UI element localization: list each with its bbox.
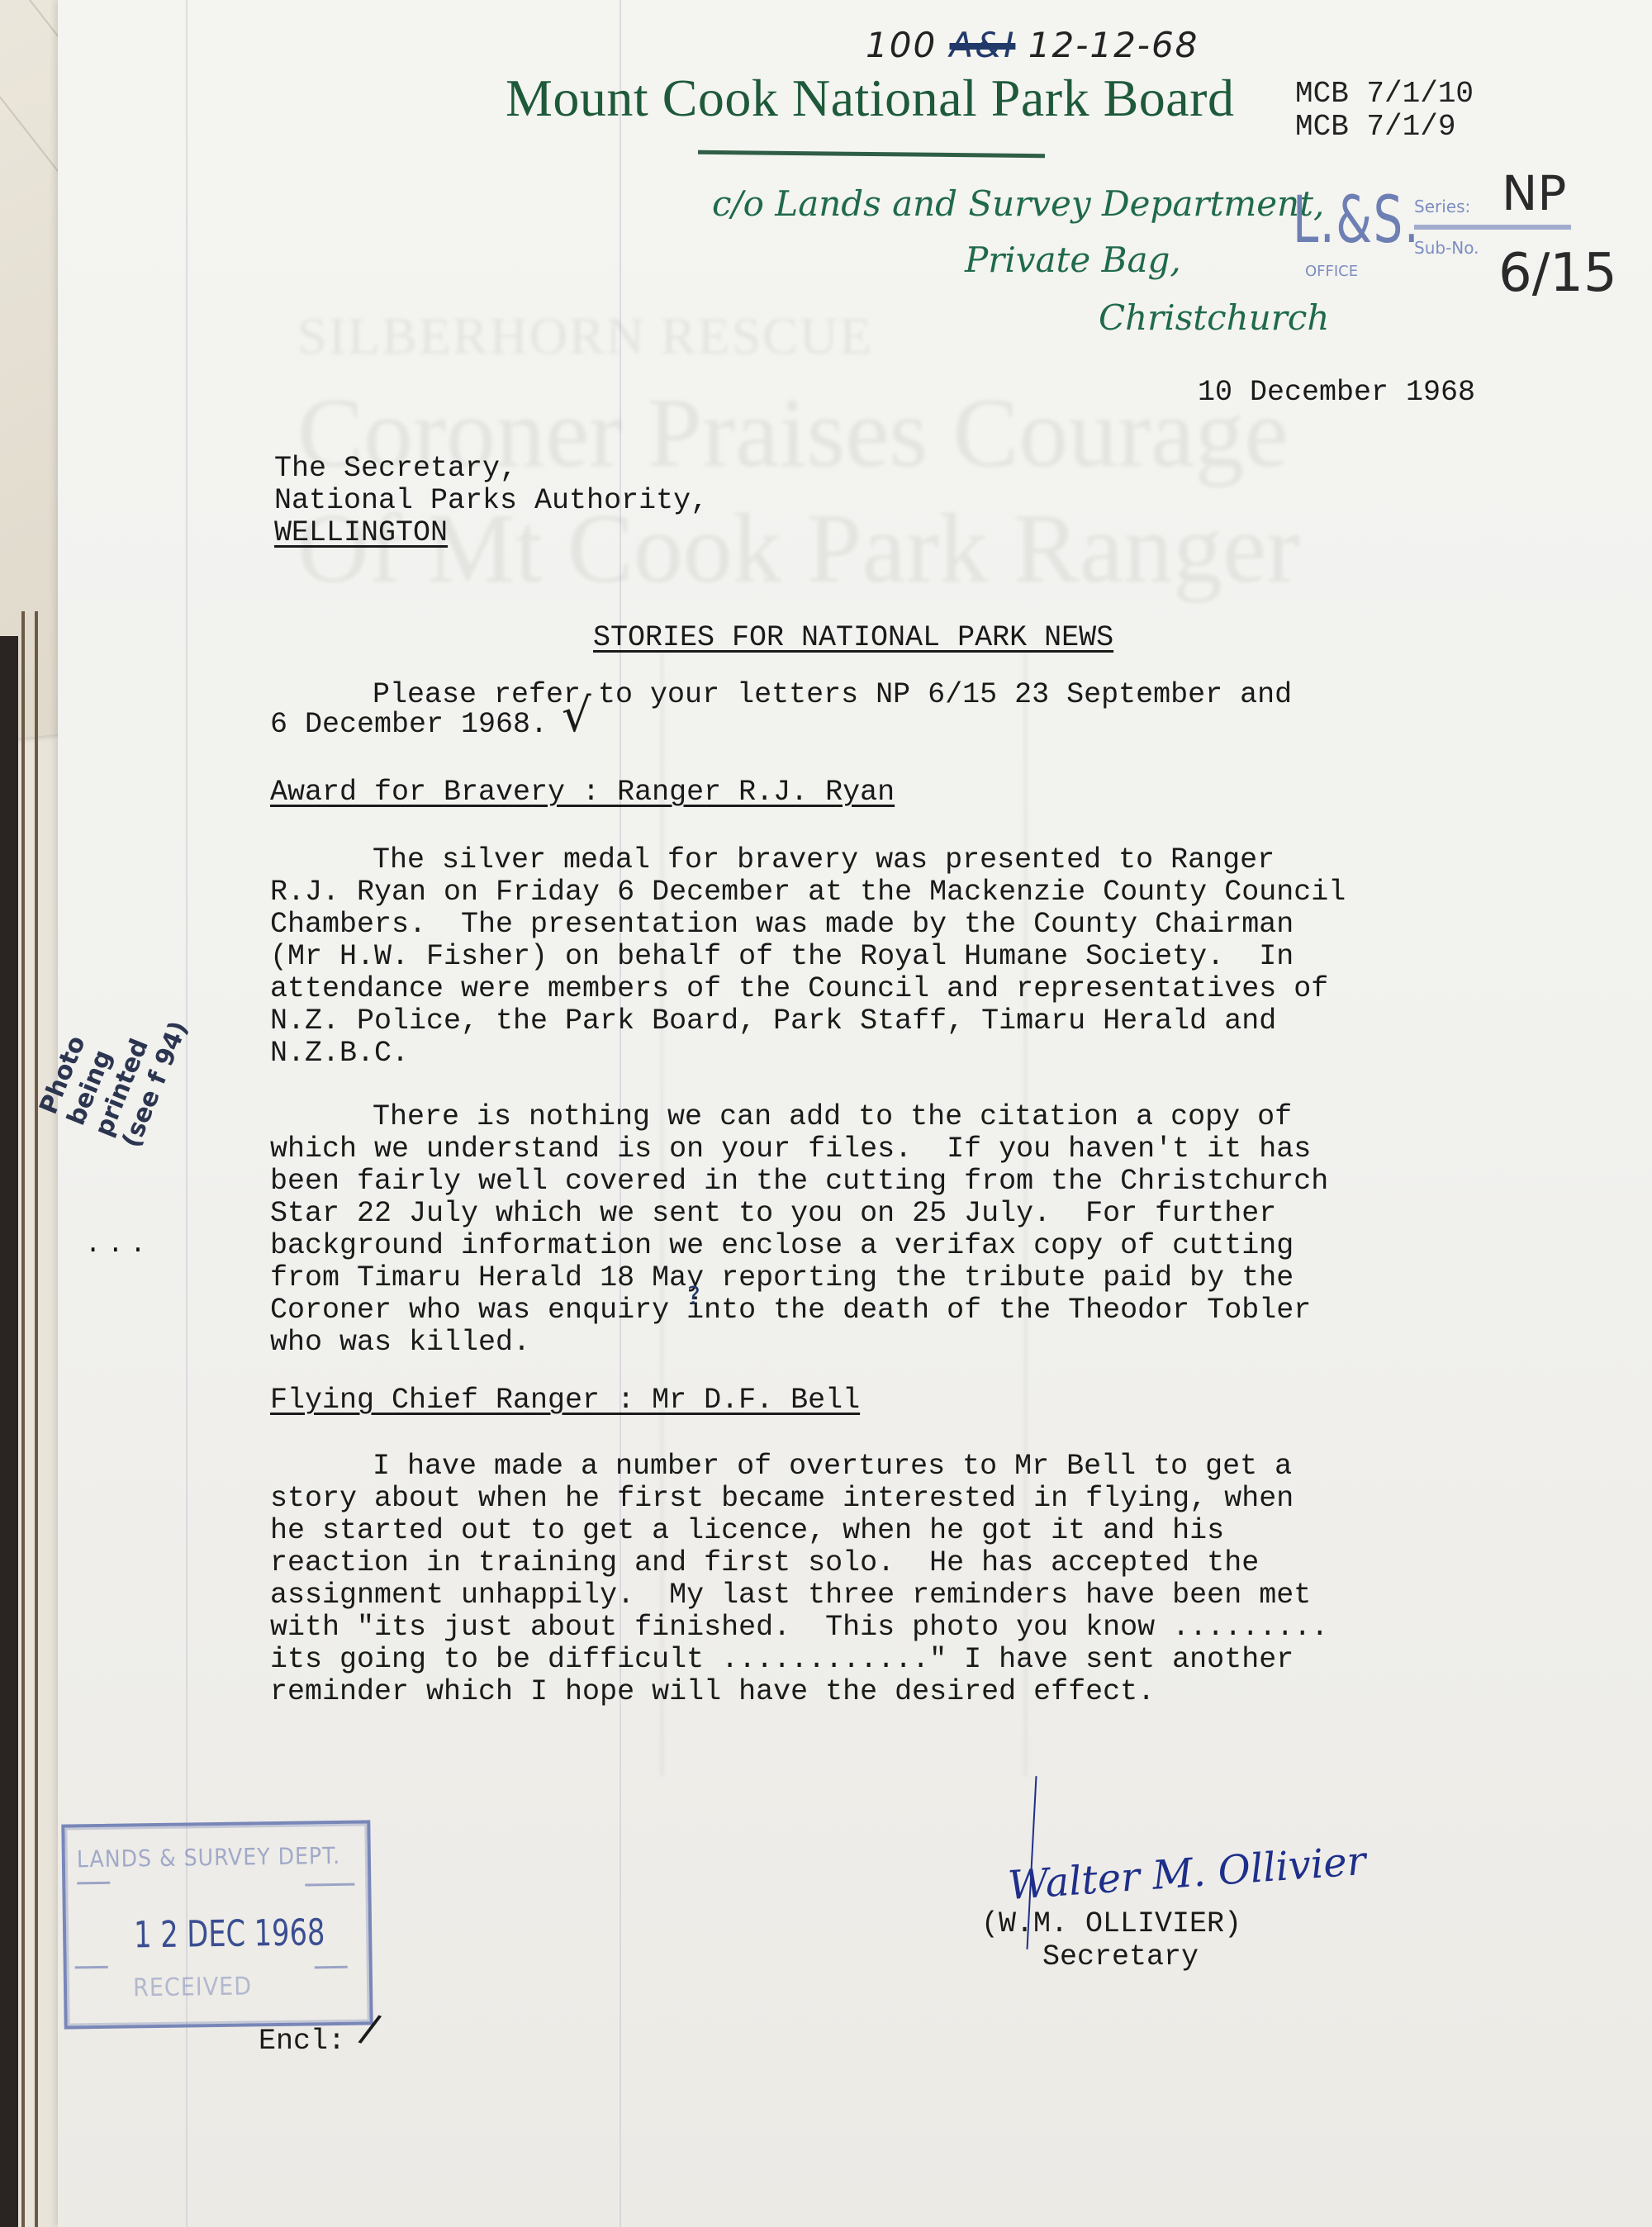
note-struck: A&I bbox=[950, 25, 1016, 65]
note-prefix: 100 bbox=[866, 25, 937, 65]
text-line: he started out to get a licence, when he… bbox=[270, 1515, 1509, 1547]
ls-stamp-rule bbox=[1414, 225, 1571, 230]
text-line: Star 22 July which we sent to you on 25 … bbox=[270, 1198, 1509, 1230]
text-line: from Timaru Herald 18 May reporting the … bbox=[270, 1262, 1509, 1294]
intro-line-1: Please refer to your letters NP 6/15 23 … bbox=[270, 679, 1509, 711]
text-line: which we understand is on your files. If… bbox=[270, 1133, 1509, 1166]
text-line: Chambers. The presentation was made by t… bbox=[270, 909, 1509, 941]
address-line-3: Christchurch bbox=[1099, 297, 1329, 338]
address-line-2: Private Bag, bbox=[965, 240, 1181, 280]
file-references: MCB 7/1/10 MCB 7/1/9 bbox=[1295, 78, 1474, 144]
margin-dots: ... bbox=[85, 1229, 153, 1260]
file-ref: MCB 7/1/9 bbox=[1295, 111, 1474, 144]
note-date: 12-12-68 bbox=[1028, 25, 1199, 65]
stamp-dash bbox=[77, 1882, 110, 1885]
stamp-dash bbox=[315, 1966, 348, 1969]
file-ref: MCB 7/1/10 bbox=[1295, 78, 1474, 111]
text-line: been fairly well covered in the cutting … bbox=[270, 1166, 1509, 1198]
text-line: N.Z.B.C. bbox=[270, 1038, 1509, 1070]
stamp-date: 1 2 DEC 1968 bbox=[134, 1911, 325, 1956]
binder-edge bbox=[21, 611, 25, 2227]
stamp-department: LANDS & SURVEY DEPT. bbox=[77, 1842, 341, 1873]
text-line: reaction in training and first solo. He … bbox=[270, 1547, 1509, 1579]
binder-edge-dark bbox=[0, 636, 18, 2227]
recipient-city: WELLINGTON bbox=[274, 517, 448, 549]
letterhead-title: Mount Cook National Park Board bbox=[506, 68, 1234, 129]
stamp-dash bbox=[305, 1883, 354, 1887]
insert-caret-icon: ? bbox=[687, 1282, 700, 1311]
handwritten-file-note: 100 A&I 12-12-68 bbox=[866, 25, 1199, 65]
text-line: story about when he first became interes… bbox=[270, 1483, 1509, 1515]
ls-registry-stamp: L.&S. bbox=[1293, 183, 1420, 258]
text-line: There is nothing we can add to the citat… bbox=[270, 1101, 1509, 1133]
letter-date: 10 December 1968 bbox=[1198, 377, 1475, 409]
stamp-dash bbox=[75, 1966, 108, 1969]
text-line: (Mr H.W. Fisher) on behalf of the Royal … bbox=[270, 941, 1509, 973]
ls-sub-value: 6/15 bbox=[1498, 243, 1617, 304]
section-heading-award: Award for Bravery : Ranger R.J. Ryan bbox=[270, 776, 1509, 809]
text-line: assignment unhappily. My last three remi… bbox=[270, 1579, 1509, 1612]
text-line: who was killed. bbox=[270, 1327, 1509, 1359]
text-line: background information we enclose a veri… bbox=[270, 1230, 1509, 1262]
recipient-line-1: The Secretary, bbox=[274, 453, 517, 485]
text-line: The silver medal for bravery was present… bbox=[270, 844, 1509, 876]
ls-series-value: NP bbox=[1502, 165, 1566, 221]
signatory-title: Secretary bbox=[1042, 1941, 1199, 1973]
ls-office-label: OFFICE bbox=[1305, 263, 1358, 280]
text-line: N.Z. Police, the Park Board, Park Staff,… bbox=[270, 1005, 1509, 1038]
received-stamp: LANDS & SURVEY DEPT. 1 2 DEC 1968 RECEIV… bbox=[61, 1820, 373, 2029]
signatory-name: (W.M. OLLIVIER) bbox=[981, 1908, 1241, 1940]
text-line: its going to be difficult ............" … bbox=[270, 1644, 1509, 1676]
text-line: with "its just about finished. This phot… bbox=[270, 1612, 1509, 1644]
section-heading-flying: Flying Chief Ranger : Mr D.F. Bell bbox=[270, 1384, 1509, 1417]
stamp-status: RECEIVED bbox=[133, 1972, 252, 2002]
check-mark-icon: √ bbox=[562, 689, 591, 743]
address-line-1: c/o Lands and Survey Department, bbox=[712, 183, 1324, 224]
text-line: R.J. Ryan on Friday 6 December at the Ma… bbox=[270, 876, 1509, 909]
text-line: reminder which I hope will have the desi… bbox=[270, 1676, 1509, 1708]
text-line: I have made a number of overtures to Mr … bbox=[270, 1451, 1509, 1483]
ls-sub-label: Sub-No. bbox=[1414, 238, 1479, 258]
text-line: Coroner who was enquiry into the death o… bbox=[270, 1294, 1509, 1327]
subject-heading: STORIES FOR NATIONAL PARK NEWS bbox=[593, 621, 1113, 654]
ls-series-label: Series: bbox=[1414, 197, 1470, 216]
text-line: attendance were members of the Council a… bbox=[270, 973, 1509, 1005]
binder-edge bbox=[35, 611, 38, 2227]
intro-line-2: 6 December 1968. bbox=[270, 709, 1509, 741]
recipient-line-2: National Parks Authority, bbox=[274, 485, 708, 517]
enclosure-label: Encl: bbox=[259, 2025, 345, 2058]
